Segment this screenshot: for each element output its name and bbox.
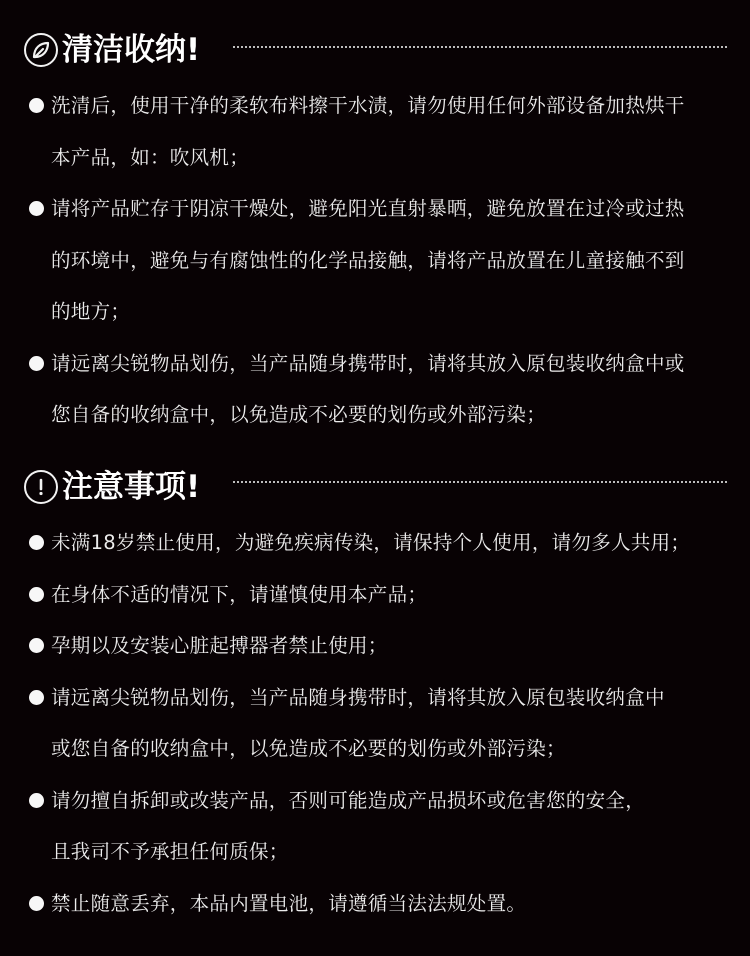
item-text-line: 请将产品贮存于阴凉干燥处，避免阳光直射暴晒，避免放置在过冷或过热	[51, 183, 730, 235]
list-item: 请远离尖锐物品划伤，当产品随身携带时，请将其放入原包装收纳盒中或 您自备的收纳盒…	[0, 338, 750, 441]
dotted-divider	[233, 481, 727, 483]
item-text-line: 在身体不适的情况下，请谨慎使用本产品；	[51, 569, 730, 621]
bullet-icon	[29, 535, 44, 550]
bullet-icon	[29, 587, 44, 602]
bullet-icon	[29, 690, 44, 705]
precautions-list: 未满18岁禁止使用，为避免疾病传染，请保持个人使用，请勿多人共用； 在身体不适的…	[0, 517, 750, 929]
section-title: 清洁收纳!	[62, 28, 200, 72]
item-text-line: 禁止随意丢弃，本品内置电池，请遵循当法法规处置。	[51, 878, 730, 930]
item-text-line: 或您自备的收纳盒中，以免造成不必要的划伤或外部污染；	[51, 723, 730, 775]
item-text-line: 孕期以及安装心脏起搏器者禁止使用；	[51, 620, 730, 672]
section-title: 注意事项!	[62, 465, 200, 509]
item-text-line: 请远离尖锐物品划伤，当产品随身携带时，请将其放入原包装收纳盒中	[51, 672, 730, 724]
section-header: 清洁收纳!	[24, 28, 200, 72]
exclamation-circle-icon	[24, 470, 58, 504]
item-text-line: 的地方；	[51, 286, 730, 338]
list-item: 请将产品贮存于阴凉干燥处，避免阳光直射暴晒，避免放置在过冷或过热 的环境中，避免…	[0, 183, 750, 338]
item-text-line: 请勿擅自拆卸或改装产品，否则可能造成产品损坏或危害您的安全，	[51, 775, 730, 827]
list-item: 未满18岁禁止使用，为避免疾病传染，请保持个人使用，请勿多人共用；	[0, 517, 750, 569]
list-item: 洗清后，使用干净的柔软布料擦干水渍，请勿使用任何外部设备加热烘干 本产品，如：吹…	[0, 80, 750, 183]
list-item: 孕期以及安装心脏起搏器者禁止使用；	[0, 620, 750, 672]
list-item: 禁止随意丢弃，本品内置电池，请遵循当法法规处置。	[0, 878, 750, 930]
list-item: 在身体不适的情况下，请谨慎使用本产品；	[0, 569, 750, 621]
dotted-divider	[233, 46, 727, 48]
item-text-line: 且我司不予承担任何质保；	[51, 826, 730, 878]
bullet-icon	[29, 201, 44, 216]
list-item: 请勿擅自拆卸或改装产品，否则可能造成产品损坏或危害您的安全， 且我司不予承担任何…	[0, 775, 750, 878]
bullet-icon	[29, 896, 44, 911]
section-header: 注意事项!	[24, 465, 200, 509]
item-text-line: 未满18岁禁止使用，为避免疾病传染，请保持个人使用，请勿多人共用；	[51, 517, 730, 569]
item-text-line: 洗清后，使用干净的柔软布料擦干水渍，请勿使用任何外部设备加热烘干	[51, 80, 730, 132]
bullet-icon	[29, 793, 44, 808]
item-text-line: 本产品，如：吹风机；	[51, 132, 730, 184]
item-text-line: 的环境中，避免与有腐蚀性的化学品接触，请将产品放置在儿童接触不到	[51, 235, 730, 287]
list-item: 请远离尖锐物品划伤，当产品随身携带时，请将其放入原包装收纳盒中 或您自备的收纳盒…	[0, 672, 750, 775]
leaf-icon	[24, 33, 58, 67]
item-text-line: 请远离尖锐物品划伤，当产品随身携带时，请将其放入原包装收纳盒中或	[51, 338, 730, 390]
bullet-icon	[29, 638, 44, 653]
cleaning-list: 洗清后，使用干净的柔软布料擦干水渍，请勿使用任何外部设备加热烘干 本产品，如：吹…	[0, 80, 750, 441]
bullet-icon	[29, 356, 44, 371]
bullet-icon	[29, 98, 44, 113]
item-text-line: 您自备的收纳盒中，以免造成不必要的划伤或外部污染；	[51, 389, 730, 441]
